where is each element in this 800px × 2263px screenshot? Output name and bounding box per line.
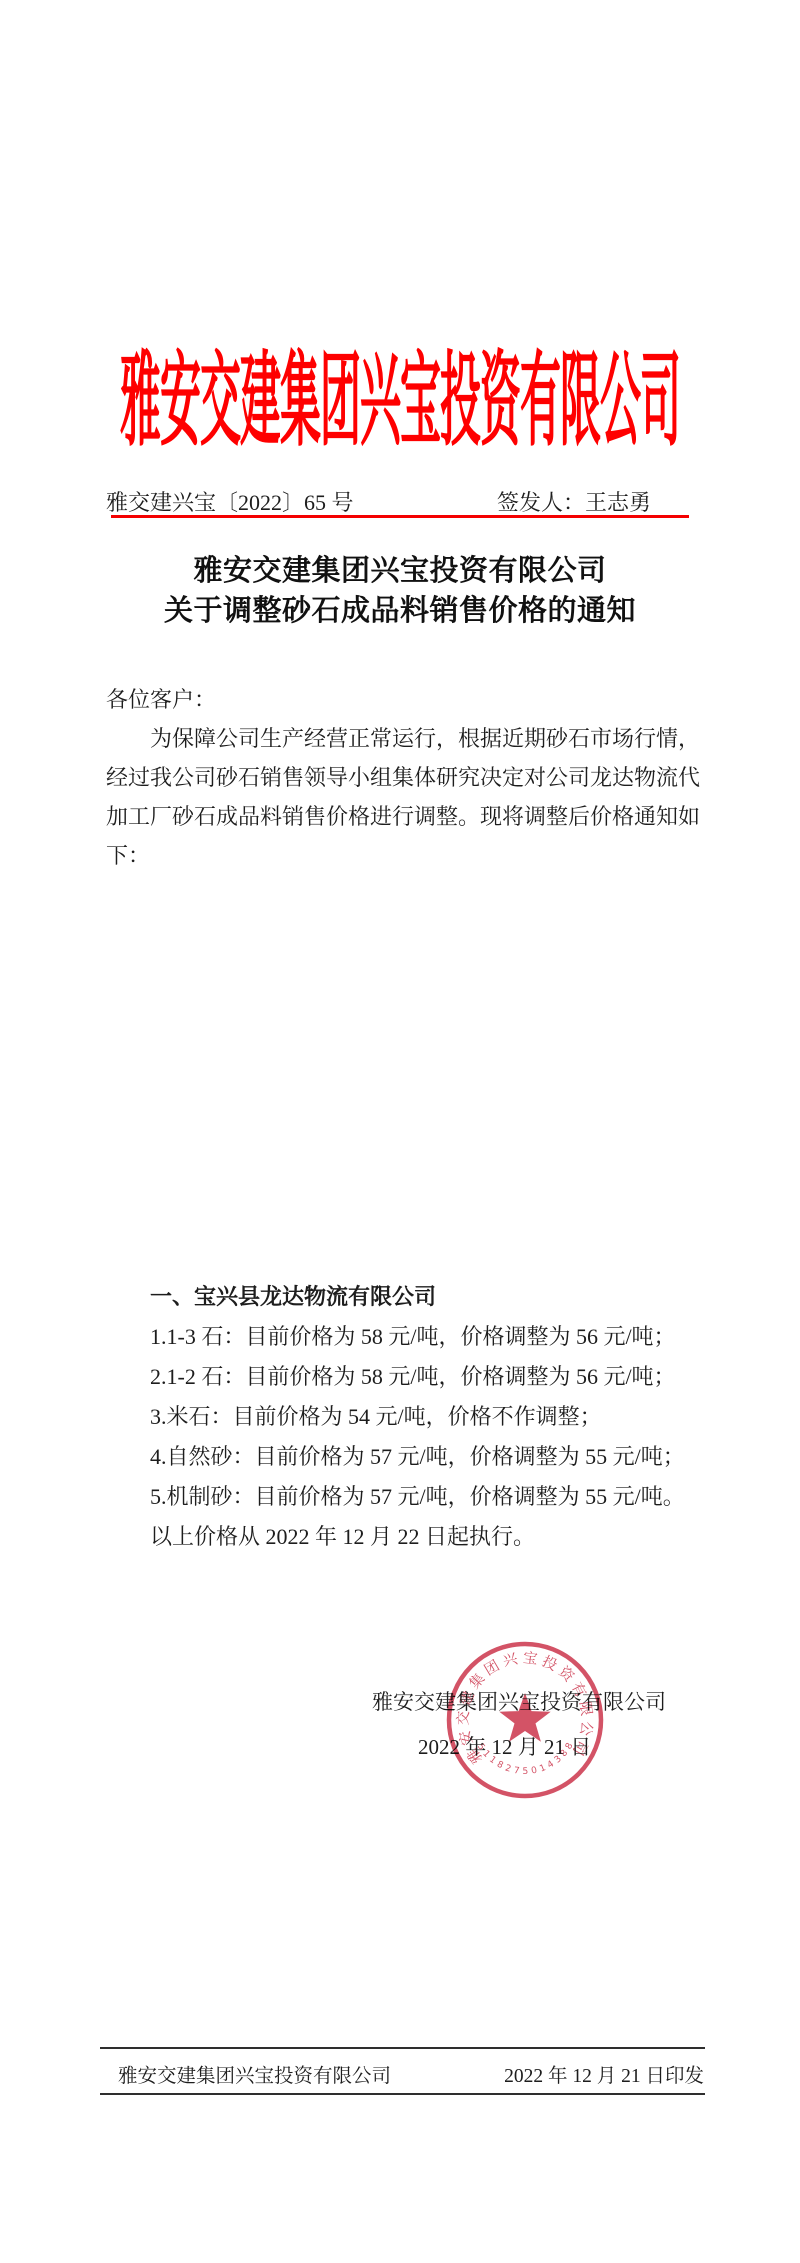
red-divider-rule — [111, 515, 689, 518]
body-paragraph-line: 加工厂砂石成品料销售价格进行调整。现将调整后价格通知如 — [106, 797, 706, 836]
salutation: 各位客户： — [106, 680, 706, 719]
effective-date-line: 以上价格从 2022 年 12 月 22 日起执行。 — [150, 1517, 720, 1557]
seal-code-text: 5118275014388 — [475, 1738, 577, 1777]
footer-rule-bottom — [100, 2093, 705, 2095]
body-paragraph-line: 下： — [106, 836, 706, 875]
price-item: 1.1-3 石：目前价格为 58 元/吨，价格调整为 56 元/吨； — [150, 1317, 720, 1357]
notice-body: 各位客户： 为保障公司生产经营正常运行，根据近期砂石市场行情， 经过我公司砂石销… — [106, 680, 706, 875]
price-item: 5.机制砂：目前价格为 57 元/吨，价格调整为 55 元/吨。 — [150, 1477, 720, 1517]
seal-star-icon — [499, 1693, 550, 1742]
body-paragraph-line: 经过我公司砂石销售领导小组集体研究决定对公司龙达物流代 — [106, 758, 706, 797]
footer-rule-top — [100, 2047, 705, 2049]
issuer: 签发人：王志勇 — [497, 486, 651, 517]
doc-info-row: 雅交建兴宝〔2022〕65 号 签发人：王志勇 — [106, 486, 705, 517]
price-item: 4.自然砂：目前价格为 57 元/吨，价格调整为 55 元/吨； — [150, 1437, 720, 1477]
notice-title-line1: 雅安交建集团兴宝投资有限公司 — [0, 551, 800, 591]
price-item: 2.1-2 石：目前价格为 58 元/吨，价格调整为 56 元/吨； — [150, 1357, 720, 1397]
notice-title-line2: 关于调整砂石成品料销售价格的通知 — [0, 591, 800, 631]
body-paragraph-line: 为保障公司生产经营正常运行，根据近期砂石市场行情， — [106, 719, 706, 758]
price-item: 3.米石：目前价格为 54 元/吨，价格不作调整； — [150, 1397, 720, 1437]
doc-number: 雅交建兴宝〔2022〕65 号 — [106, 486, 354, 517]
official-notice-page: { "letterhead": { "company": "雅安交建集团兴宝投资… — [0, 0, 800, 2263]
notice-title: 雅安交建集团兴宝投资有限公司 关于调整砂石成品料销售价格的通知 — [0, 551, 800, 631]
footer-print-date: 2022 年 12 月 21 日印发 — [504, 2060, 704, 2088]
letterhead: 雅安交建集团兴宝投资有限公司 — [0, 337, 800, 445]
svg-text:5118275014388: 5118275014388 — [475, 1738, 577, 1777]
letterhead-company-name: 雅安交建集团兴宝投资有限公司 — [120, 317, 680, 465]
price-section: 一、宝兴县龙达物流有限公司 1.1-3 石：目前价格为 58 元/吨，价格调整为… — [150, 1277, 720, 1557]
footer-company: 雅安交建集团兴宝投资有限公司 — [118, 2060, 391, 2088]
footer-row: 雅安交建集团兴宝投资有限公司 2022 年 12 月 21 日印发 — [118, 2060, 704, 2088]
price-section-heading: 一、宝兴县龙达物流有限公司 — [150, 1277, 720, 1317]
company-seal-stamp: 雅安交建集团兴宝投资有限公司 5118275014388 — [445, 1640, 605, 1800]
